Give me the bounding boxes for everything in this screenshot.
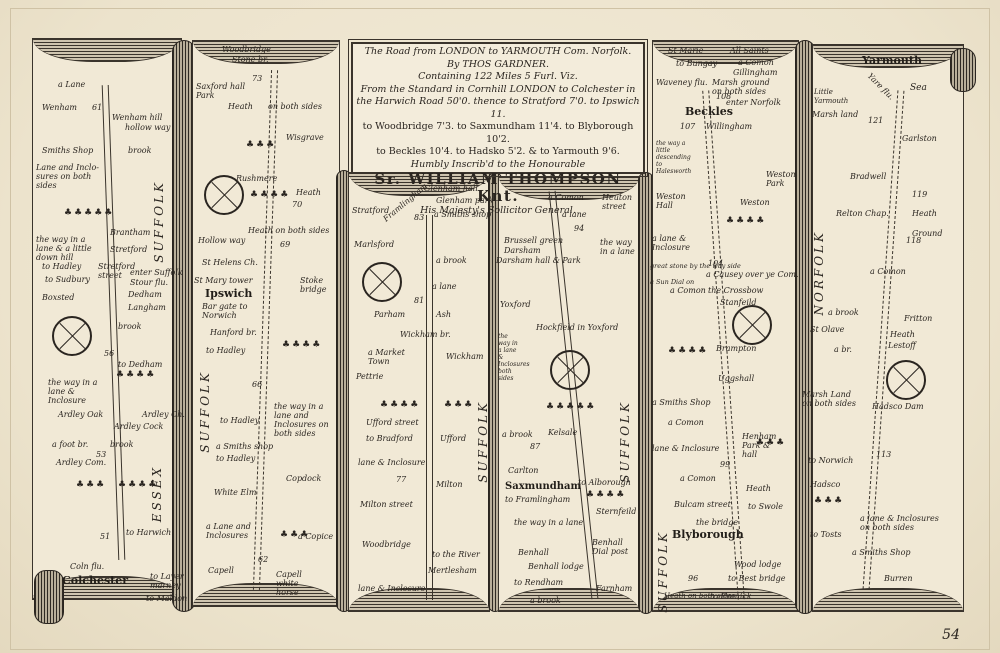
place-label: Lestoff bbox=[888, 341, 916, 350]
mile-marker: 121 bbox=[868, 116, 883, 125]
place-label: enter Suffolk bbox=[130, 268, 183, 277]
place-label: to Alborough bbox=[578, 478, 631, 487]
place-label: Woodbridge bbox=[222, 45, 271, 54]
county-label: SUFFOLK bbox=[152, 180, 166, 263]
page-number: 54 bbox=[942, 627, 960, 643]
cartouche-dedicatee: Sr. WILLIAM THOMPSON Knt. bbox=[353, 171, 643, 205]
place-label: a brook bbox=[530, 596, 561, 605]
place-label: St Mary tower bbox=[194, 276, 253, 285]
place-label: Ardley Com. bbox=[56, 458, 106, 467]
place-label: Wickham bbox=[446, 352, 483, 361]
mile-marker: 56 bbox=[104, 349, 114, 358]
place-label: a Comon bbox=[870, 267, 906, 276]
place-label: enter Norfolk bbox=[726, 98, 781, 107]
tree-cluster-icon: ♣♣♣♣ bbox=[116, 370, 156, 380]
place-label: to Sudbury bbox=[45, 275, 90, 284]
place-label: Ardley Cock bbox=[114, 422, 163, 431]
place-label: Pettrie bbox=[356, 372, 383, 381]
place-label: Ufford street bbox=[366, 418, 419, 427]
compass-rose-icon bbox=[362, 262, 402, 302]
tree-cluster-icon: ♣♣♣ bbox=[76, 480, 106, 490]
cartouche-route-1: From the Standard in Cornhill LONDON to … bbox=[353, 84, 643, 97]
place-label: to Hadley bbox=[42, 262, 81, 271]
county-label: SUFFOLK bbox=[476, 400, 490, 483]
tree-cluster-icon: ♣♣♣♣♣ bbox=[64, 208, 114, 218]
mile-marker: 107 bbox=[680, 122, 695, 131]
place-label: to Framlingham bbox=[505, 495, 570, 504]
mile-marker: 81 bbox=[414, 296, 424, 305]
place-label: a lane & Inclosures on both sides bbox=[860, 514, 946, 532]
place-label: Boxsted bbox=[42, 293, 74, 302]
place-label: White Elm bbox=[214, 488, 256, 497]
mile-marker: 66 bbox=[252, 380, 262, 389]
place-label: Waveney flu. bbox=[656, 78, 708, 87]
tree-cluster-icon: ♣♣♣ bbox=[814, 496, 844, 506]
place-label: a Comon bbox=[680, 474, 716, 483]
place-label: Wenham hill bbox=[112, 113, 162, 122]
county-label: SUFFOLK bbox=[198, 370, 212, 453]
cartouche-route-4: to Beckles 10'4. to Hadsko 5'2. & to Yar… bbox=[353, 146, 643, 159]
tree-cluster-icon: ♣♣♣ bbox=[246, 140, 276, 150]
place-label: a brook bbox=[436, 256, 467, 265]
place-label: a Smiths shop bbox=[434, 210, 491, 219]
place-label: brook bbox=[128, 146, 151, 155]
place-label: Gillingham bbox=[733, 68, 777, 77]
place-label: Sea bbox=[910, 84, 927, 93]
place-label: Stanfeild bbox=[720, 298, 757, 307]
place-label: Coln flu. bbox=[70, 562, 104, 571]
place-label: Sternfeild bbox=[596, 507, 636, 516]
title-cartouche: The Road from LONDON to YARMOUTH Com. No… bbox=[351, 42, 645, 174]
place-label: to Layer marney bbox=[150, 572, 186, 590]
place-label: to Bungay bbox=[676, 59, 717, 68]
tree-cluster-icon: ♣♣♣♣ bbox=[726, 216, 766, 226]
place-label: Heuton street bbox=[602, 193, 632, 211]
place-label: Wisgrave bbox=[286, 133, 324, 142]
place-label: Milton street bbox=[360, 500, 413, 509]
place-label: Glenham park bbox=[436, 196, 493, 205]
place-label: Langham bbox=[128, 303, 166, 312]
place-label: Heath bbox=[912, 209, 937, 218]
town-blyborough: Blyborough bbox=[672, 528, 744, 541]
place-label: the Crossbow bbox=[708, 286, 763, 295]
place-label: lane & Inclosure bbox=[358, 458, 425, 467]
place-label: Saxford hall Park bbox=[196, 82, 246, 100]
place-label: a Lane bbox=[58, 80, 85, 89]
place-label: a Comon bbox=[738, 58, 774, 67]
place-label: the way in a lane bbox=[600, 238, 636, 256]
tree-cluster-icon: ♣♣♣ bbox=[444, 400, 474, 410]
place-label: a brook bbox=[502, 430, 533, 439]
tree-cluster-icon: ♣♣♣♣ bbox=[586, 490, 626, 500]
place-label: a Lane and Inclosures bbox=[206, 522, 254, 540]
tree-cluster-icon: ♣♣♣♣ bbox=[380, 400, 420, 410]
place-label: Woodbridge bbox=[362, 540, 411, 549]
tree-cluster-icon: ♣♣♣ bbox=[756, 438, 786, 448]
mile-marker: 108 bbox=[716, 92, 731, 101]
mile-marker: 96 bbox=[688, 574, 698, 583]
cartouche-author: By THOS GARDNER. bbox=[353, 59, 643, 72]
place-label: Stretford bbox=[110, 245, 147, 254]
place-label: Brussell green bbox=[504, 236, 563, 245]
mile-marker: 83 bbox=[414, 213, 424, 222]
place-label: Benhall bbox=[518, 548, 549, 557]
scroll-roll-right bbox=[950, 48, 976, 92]
place-label: to Maldon bbox=[146, 594, 187, 603]
mile-marker: 118 bbox=[906, 236, 921, 245]
place-label: Little Yarmouth bbox=[814, 88, 856, 106]
place-label: Smiths Shop bbox=[42, 146, 93, 155]
place-label: Weston Hall bbox=[656, 192, 686, 210]
place-label: to Hadley bbox=[206, 346, 245, 355]
place-label: Brantham bbox=[110, 228, 150, 237]
mile-marker: 73 bbox=[252, 74, 262, 83]
place-label: the way in a lane & a little down hill bbox=[36, 235, 94, 262]
map-plate: The Road from LONDON to YARMOUTH Com. No… bbox=[0, 0, 1000, 653]
place-label: a brook bbox=[828, 308, 859, 317]
place-label: Hadsco Dam bbox=[872, 402, 924, 411]
place-label: a Comon bbox=[670, 286, 706, 295]
place-label: Parham bbox=[374, 310, 405, 319]
place-label: Wenham bbox=[42, 103, 77, 112]
place-label: Hanford br. bbox=[210, 328, 257, 337]
place-label: Heath bbox=[746, 484, 771, 493]
place-label: brook bbox=[118, 322, 141, 331]
place-label: a br. bbox=[834, 345, 852, 354]
place-label: Mertlesham bbox=[428, 566, 477, 575]
mile-marker: 61 bbox=[92, 103, 102, 112]
place-label: Burren bbox=[884, 574, 913, 583]
place-label: to Frenick bbox=[710, 592, 752, 601]
place-label: Wickham br. bbox=[400, 330, 451, 339]
place-label: a lane bbox=[432, 282, 457, 291]
mile-marker: 69 bbox=[280, 240, 290, 249]
place-label: brook bbox=[110, 440, 133, 449]
town-yarmouth: Yarmouth bbox=[862, 54, 922, 67]
place-label: a foot br. bbox=[52, 440, 88, 449]
place-label: the way in a lane bbox=[514, 518, 583, 527]
place-label: hollow way bbox=[125, 123, 170, 132]
place-label: Weston Park bbox=[766, 170, 796, 188]
place-label: Bulcam street bbox=[674, 500, 731, 509]
tree-cluster-icon: ♣♣♣♣ bbox=[250, 190, 290, 200]
place-label: Glenham hall bbox=[424, 184, 478, 193]
town-colchester: Colchester bbox=[62, 574, 128, 587]
place-label: Hollow way bbox=[198, 236, 245, 245]
place-label: Bar gate to Norwich bbox=[202, 302, 254, 320]
place-label: a Smiths Shop bbox=[852, 548, 911, 557]
place-label: lane & Inclosure bbox=[358, 584, 425, 593]
place-label: to Harwich bbox=[126, 528, 171, 537]
place-label: the way in a lane & Inclosures both side… bbox=[498, 333, 520, 382]
place-label: to Dedham bbox=[118, 360, 162, 369]
place-label: to Best bridge bbox=[728, 574, 786, 583]
compass-rose-icon bbox=[550, 350, 590, 390]
place-label: Brampton bbox=[716, 344, 756, 353]
place-label: Stone br. bbox=[232, 55, 269, 64]
place-label: Yoxford bbox=[500, 300, 531, 309]
place-label: Heath bbox=[890, 330, 915, 339]
place-label: Marsh land bbox=[812, 110, 858, 119]
mile-marker: 113 bbox=[876, 450, 891, 459]
place-label: to Rendham bbox=[514, 578, 563, 587]
tree-cluster-icon: ♣♣♣♣ bbox=[282, 340, 322, 350]
place-label: Benhall lodge bbox=[528, 562, 584, 571]
place-label: Darsham bbox=[504, 246, 541, 255]
place-label: Weston bbox=[740, 198, 770, 207]
place-label: to the River bbox=[432, 550, 480, 559]
place-label: Copdock bbox=[286, 474, 321, 483]
place-label: St Helens Ch. bbox=[202, 258, 258, 267]
mile-marker: 87 bbox=[530, 442, 540, 451]
place-label: Stour flu. bbox=[130, 278, 168, 287]
place-label: the way in a lane & Inclosure bbox=[48, 378, 108, 405]
mile-marker: 94 bbox=[574, 224, 584, 233]
place-label: a Comon bbox=[668, 418, 704, 427]
place-label: Heath bbox=[228, 102, 253, 111]
mile-marker: 70 bbox=[292, 200, 302, 209]
place-label: St Marie bbox=[668, 46, 703, 55]
place-label: Carlton bbox=[508, 466, 538, 475]
place-label: Capell bbox=[208, 566, 234, 575]
place-label: Capell white horse bbox=[276, 570, 320, 597]
place-label: the way a little descending to Haleswort… bbox=[656, 140, 696, 175]
mile-marker: 77 bbox=[396, 475, 406, 484]
place-label: Milton bbox=[436, 480, 463, 489]
place-label: Marsh Land on both sides bbox=[802, 390, 862, 408]
tree-cluster-icon: ♣♣♣♣ bbox=[668, 346, 708, 356]
place-label: Wood lodge bbox=[734, 560, 781, 569]
county-label: ESSEX bbox=[150, 465, 164, 522]
place-label: Garlston bbox=[902, 134, 937, 143]
tree-cluster-icon: ♣♣♣♣ bbox=[118, 480, 158, 490]
place-label: Ardley Ch. bbox=[142, 410, 185, 419]
mile-marker: 53 bbox=[96, 450, 106, 459]
place-label: Ardley Oak bbox=[58, 410, 103, 419]
place-label: a Market Town bbox=[368, 348, 408, 366]
place-label: Stoke bridge bbox=[300, 276, 336, 294]
place-label: Relton Chap. bbox=[836, 209, 889, 218]
place-label: St Olave bbox=[810, 325, 844, 334]
place-label: Rushmere bbox=[236, 174, 277, 183]
tree-cluster-icon: ♣♣♣ bbox=[280, 530, 310, 540]
place-label: Kelsale bbox=[548, 428, 577, 437]
place-label: to Norwich bbox=[808, 456, 853, 465]
place-label: Fritton bbox=[904, 314, 932, 323]
place-label: Marlsford bbox=[354, 240, 394, 249]
town-ipswich: Ipswich bbox=[205, 287, 252, 300]
scroll-roll-left bbox=[34, 570, 64, 624]
mile-marker: 62 bbox=[258, 555, 268, 564]
place-label: Hadsco bbox=[810, 480, 840, 489]
place-label: Ash bbox=[436, 310, 451, 319]
place-label: to Hadley bbox=[220, 416, 259, 425]
place-label: Farnham bbox=[596, 584, 632, 593]
place-label: Hockfield in Yoxford bbox=[536, 323, 618, 332]
place-label: lane & Inclosure bbox=[652, 444, 719, 453]
county-label: NORFOLK bbox=[812, 230, 826, 315]
place-label: Uggshall bbox=[718, 374, 754, 383]
mile-marker: 99 bbox=[720, 460, 730, 469]
road-strip-3 bbox=[426, 215, 433, 600]
place-label: Heath on both sides bbox=[248, 226, 329, 235]
place-label: Bradwell bbox=[850, 172, 886, 181]
town-saxmundham: Saxmundham bbox=[505, 481, 581, 492]
cartouche-length: Containing 122 Miles 5 Furl. Viz. bbox=[353, 71, 643, 84]
cartouche-route-3: to Woodbridge 7'3. to Saxmundham 11'4. t… bbox=[353, 121, 643, 146]
place-label: a Causey over ye Com. bbox=[706, 270, 799, 279]
compass-rose-icon bbox=[886, 360, 926, 400]
mile-marker: 104 bbox=[708, 259, 723, 268]
place-label: a lane & Inclosure bbox=[652, 234, 692, 252]
mile-marker: 119 bbox=[912, 190, 927, 199]
cartouche-title: The Road from LONDON to YARMOUTH Com. No… bbox=[353, 46, 643, 59]
place-label: to Swole bbox=[748, 502, 783, 511]
place-label: Benhall Dial post bbox=[592, 538, 630, 556]
compass-rose-icon bbox=[52, 316, 92, 356]
place-label: Lane and Inclo-sures on both sides bbox=[36, 163, 104, 190]
place-label: a lane bbox=[562, 210, 587, 219]
compass-rose-icon bbox=[732, 305, 772, 345]
place-label: a Smiths Shop bbox=[652, 398, 711, 407]
place-label: Willingham bbox=[706, 122, 752, 131]
place-label: Ufford bbox=[440, 434, 466, 443]
place-label: a Smiths shop bbox=[216, 442, 273, 451]
place-label: on both sides bbox=[268, 102, 322, 111]
place-label: the way in a lane and Inclosures on both… bbox=[274, 402, 338, 438]
place-label: to Tosts bbox=[810, 530, 842, 539]
place-label: to Hadley bbox=[216, 454, 255, 463]
place-label: Heath bbox=[296, 188, 321, 197]
place-label: All Saints bbox=[730, 46, 769, 55]
place-label: a Comon bbox=[548, 193, 584, 202]
place-label: to Bradford bbox=[366, 434, 413, 443]
place-label: the bridge bbox=[696, 518, 738, 527]
cartouche-route-2: the Harwich Road 50'0. thence to Stratfo… bbox=[353, 96, 643, 121]
mile-marker: 51 bbox=[100, 532, 110, 541]
county-label: SUFFOLK bbox=[618, 400, 632, 483]
place-label: Dedham bbox=[128, 290, 162, 299]
place-label: Darsham hall & Park bbox=[496, 256, 581, 265]
tree-cluster-icon: ♣♣♣♣♣ bbox=[546, 402, 596, 412]
